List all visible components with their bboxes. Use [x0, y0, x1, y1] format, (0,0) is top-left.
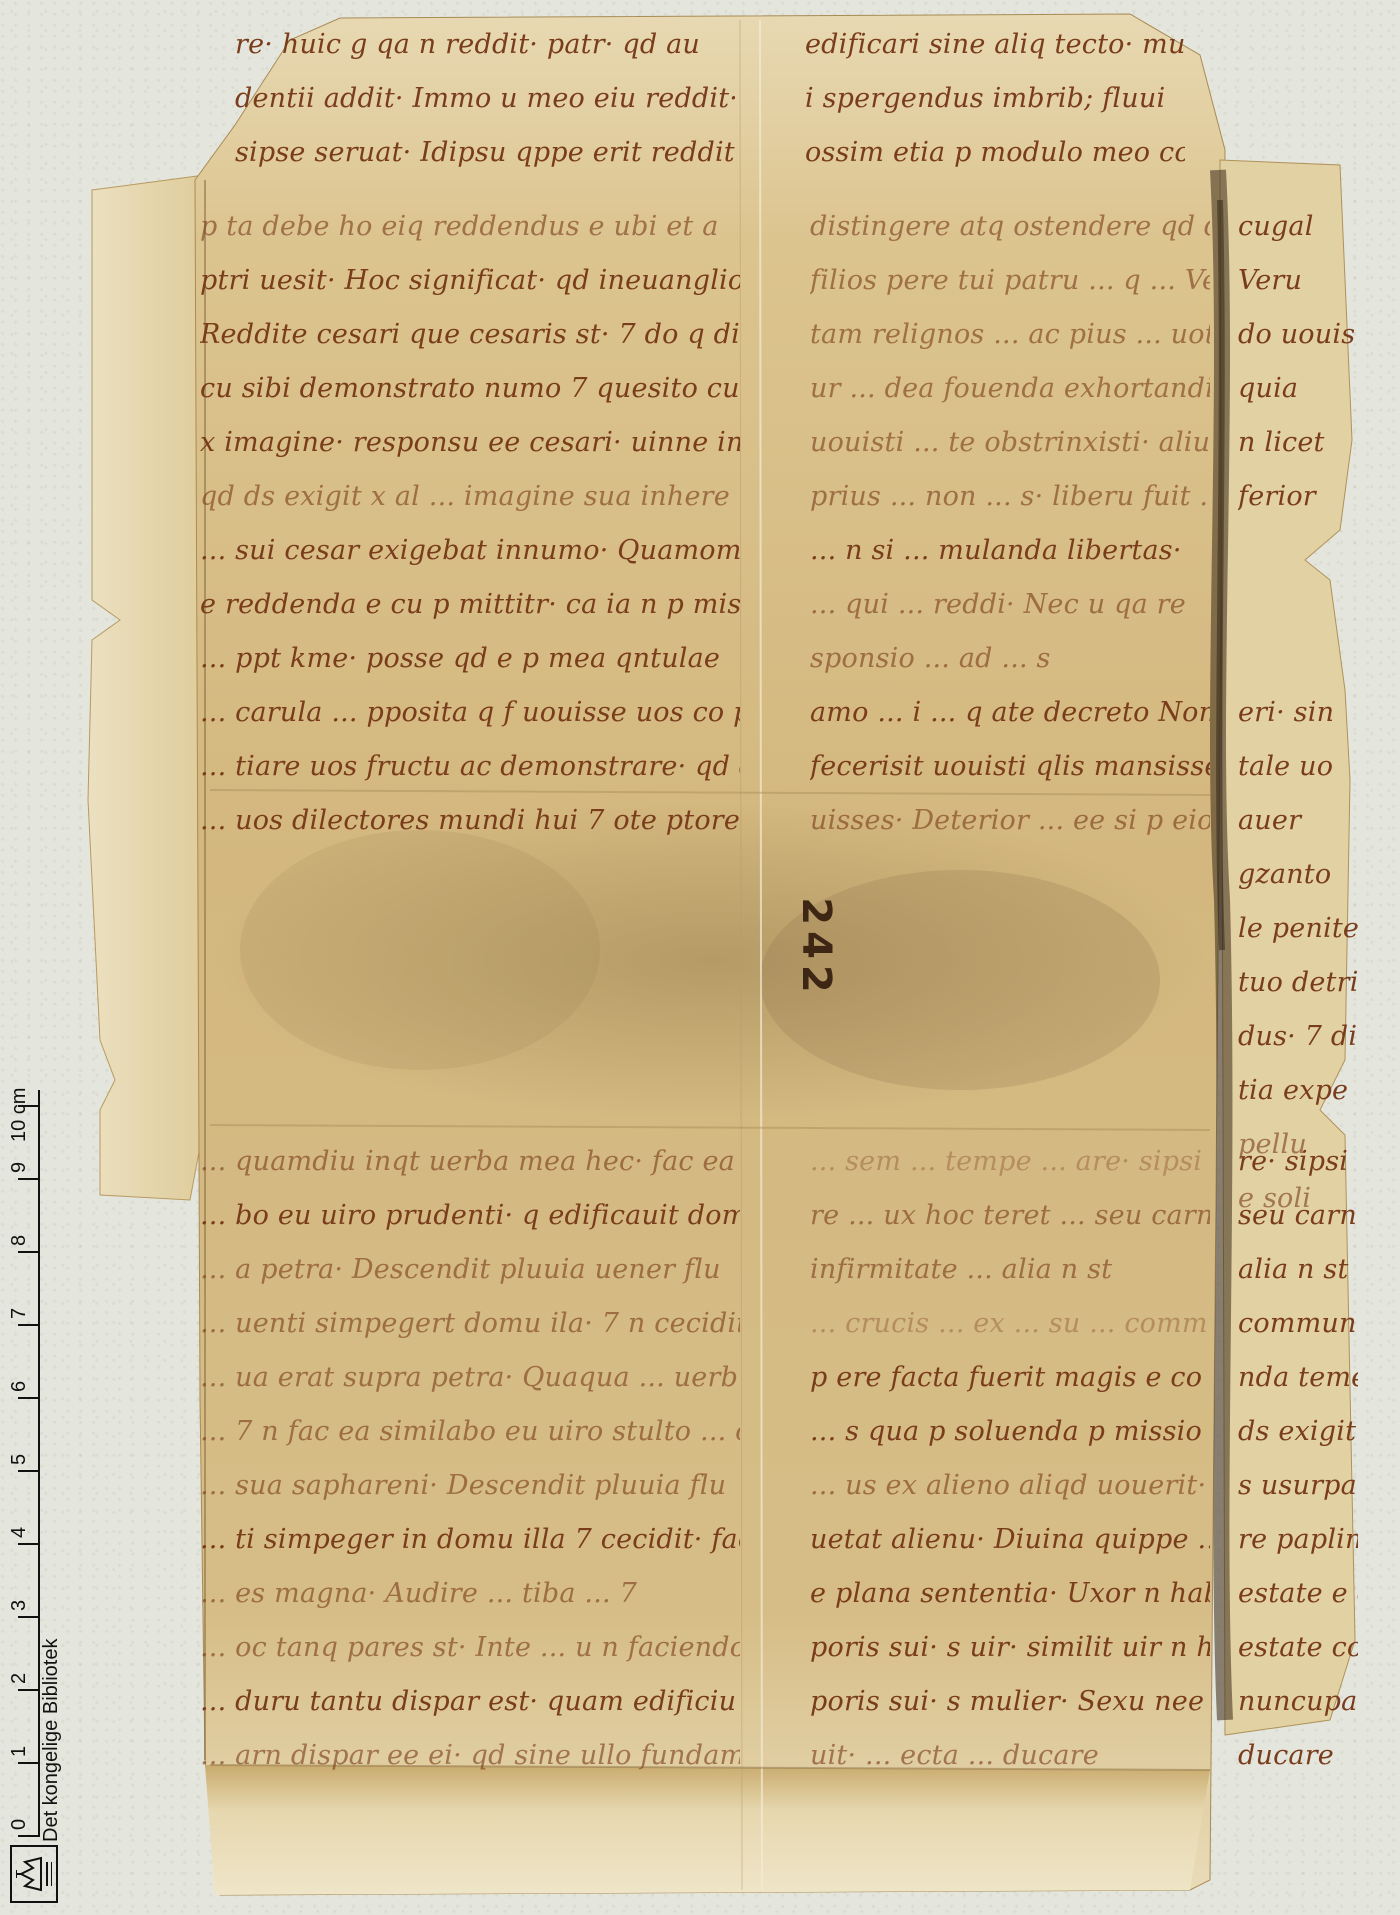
text-line: tia expe: [1238, 1064, 1358, 1118]
text-line: uetat alienu· Diuina quippe ... re papli…: [810, 1513, 1210, 1567]
text-line: s usurpare: [1238, 1459, 1358, 1513]
crown-icon: [16, 1851, 52, 1897]
ruler-tick-label: 1: [8, 1717, 31, 1757]
left-column-lower-text: ... quamdiu inqt uerba mea hec· fac ea .…: [200, 1135, 740, 1783]
text-line: do uouis: [1238, 308, 1358, 362]
text-line: qd ds exigit x al ... imagine sua inhere: [200, 470, 740, 524]
right-flap-text: cugal Veru do uouis quia n licet ferior …: [1238, 200, 1358, 1226]
text-line: communi· st: [1238, 1297, 1358, 1351]
institution-label: Det kongelige Bibliotek: [40, 1639, 63, 1842]
text-line: ... sui cesar exigebat innumo· Quamoma: [200, 524, 740, 578]
text-line: filios pere tui patru ... q ... Veru: [810, 254, 1210, 308]
text-line: ... uenti simpegert domu ila· 7 n cecidi…: [200, 1297, 740, 1351]
text-line: gzanto: [1238, 848, 1358, 902]
text-line: poris sui· s uir· similit uir n habet ..…: [810, 1621, 1210, 1675]
text-line: distingere atq ostendere qd diss ... con…: [810, 200, 1210, 254]
ruler-tick: [18, 1105, 40, 1107]
text-line: ... sem ... tempe ... are· sipsi: [810, 1135, 1210, 1189]
text-line: sponsio ... ad ... s: [810, 632, 1210, 686]
text-line: ducare: [1238, 1729, 1358, 1783]
ruler-tick-label: 5: [8, 1425, 31, 1465]
text-line: ferior: [1238, 470, 1358, 524]
top-left-text: re· huic g qa n reddit· patr· qd au dent…: [235, 18, 735, 180]
text-line: [1238, 524, 1358, 578]
ruler-tick-label: 2: [8, 1644, 31, 1684]
photo-scene: re· huic g qa n reddit· patr· qd au dent…: [0, 0, 1400, 1915]
text-line: e reddenda e cu p mittitr· ca ia n p mis…: [200, 578, 740, 632]
ruler-tick: [18, 1543, 40, 1545]
text-line: ... uos dilectores mundi hui 7 ote ptore…: [200, 794, 740, 848]
ruler-tick: [18, 1835, 40, 1837]
text-line: ... arn dispar ee ei· qd sine ullo funda…: [200, 1729, 740, 1783]
ruler-tick: [18, 1324, 40, 1326]
text-line: re paplin: [1238, 1513, 1358, 1567]
ruler-tick-label: 7: [8, 1279, 31, 1319]
text-line: le penite: [1238, 902, 1358, 956]
text-line: nda teme: [1238, 1351, 1358, 1405]
right-flap-lower-text: re· sipsi seu carni alia n st communi· s…: [1238, 1135, 1358, 1783]
text-line: tuo detri: [1238, 956, 1358, 1010]
ruler-tick: [18, 1178, 40, 1180]
ruler-tick: [18, 1397, 40, 1399]
ruler-tick: [18, 1251, 40, 1253]
ruler-tick: [18, 1689, 40, 1691]
text-line: ds exigit: [1238, 1405, 1358, 1459]
folio-number: 242: [793, 897, 839, 999]
text-line: infirmitate ... alia n st: [810, 1243, 1210, 1297]
text-line: alia n st: [1238, 1243, 1358, 1297]
text-line: edificari sine aliq tecto· muta: [805, 18, 1185, 72]
text-line: re ... ux hoc teret ... seu carni: [810, 1189, 1210, 1243]
text-line: p ta debe ho eiq reddendus e ubi et a: [200, 200, 740, 254]
text-line: cu sibi demonstrato numo 7 quesito cui h…: [200, 362, 740, 416]
text-line: seu carni: [1238, 1189, 1358, 1243]
text-line: i spergendus imbrib; fluui: [805, 72, 1185, 126]
text-line: amo ... i ... q ate decreto Non enim ...…: [810, 686, 1210, 740]
text-line: ... quamdiu inqt uerba mea hec· fac ea: [200, 1135, 740, 1189]
text-line: uit· ... ecta ... ducare: [810, 1729, 1210, 1783]
text-line: ... 7 n fac ea similabo eu uiro stulto .…: [200, 1405, 740, 1459]
right-column-text: distingere atq ostendere qd diss ... con…: [810, 200, 1210, 848]
text-line: tale uo: [1238, 740, 1358, 794]
text-line: ... sua saphareni· Descendit pluuia flu: [200, 1459, 740, 1513]
text-line: re· sipsi: [1238, 1135, 1358, 1189]
text-line: uouisti ... te obstrinxisti· aliud ... n…: [810, 416, 1210, 470]
text-line: Veru: [1238, 254, 1358, 308]
text-line: n licet: [1238, 416, 1358, 470]
top-right-text: edificari sine aliq tecto· muta i sperge…: [805, 18, 1185, 180]
text-line: ... us ex alieno aliqd uouerit· s usurpa…: [810, 1459, 1210, 1513]
text-line: sipse seruat· Idipsu qppe erit redditu· …: [235, 126, 735, 180]
text-line: ... carula ... pposita q f uouisse uos c…: [200, 686, 740, 740]
text-line: quia: [1238, 362, 1358, 416]
text-line: ossim etia p modulo meo coside· p/o: [805, 126, 1185, 180]
text-line: ... es magna· Audire ... tiba ... 7: [200, 1567, 740, 1621]
ruler-tick-label: 0: [8, 1790, 31, 1830]
text-line: estate e cor: [1238, 1567, 1358, 1621]
ruler-tick: [18, 1470, 40, 1472]
text-line: ... crucis ... ex ... su ... communi· st: [810, 1297, 1210, 1351]
text-line: Reddite cesari que cesaris st· 7 do q di…: [200, 308, 740, 362]
text-line: dus· 7 dic: [1238, 1010, 1358, 1064]
text-line: ur ... dea fouenda exhortandis ... quia: [810, 362, 1210, 416]
text-line: ... n si ... mulanda libertas·: [810, 524, 1210, 578]
text-line: ... oc tanq pares st· Inte ... u n facie…: [200, 1621, 740, 1675]
ruler-tick: [18, 1616, 40, 1618]
text-line: ... qui ... reddi· Nec u qa re: [810, 578, 1210, 632]
text-line: ptri uesit· Hoc significat· qd ineuangli…: [200, 254, 740, 308]
text-line: x imagine· responsu ee cesari· uinne int…: [200, 416, 740, 470]
text-line: estate cor: [1238, 1621, 1358, 1675]
text-line: ... duru tantu dispar est· quam edificiu…: [200, 1675, 740, 1729]
ruler-tick-label: 6: [8, 1352, 31, 1392]
text-line: e plana sententia· Uxor n habe ... estat…: [810, 1567, 1210, 1621]
text-line: cugal: [1238, 200, 1358, 254]
left-column-text: p ta debe ho eiq reddendus e ubi et a pt…: [200, 200, 740, 848]
ruler-tick: [18, 1762, 40, 1764]
text-line: ... s qua p soluenda p missio ... ds exi…: [810, 1405, 1210, 1459]
text-line: tam relignos ... ac pius ... uota ... do…: [810, 308, 1210, 362]
text-line: prius ... non ... s· liberu fuit ... inf…: [810, 470, 1210, 524]
text-line: ... ti simpeger in domu illa 7 cecidit· …: [200, 1513, 740, 1567]
text-line: re· huic g qa n reddit· patr· qd au: [235, 18, 735, 72]
text-line: [1238, 632, 1358, 686]
text-line: dentii addit· Immo u meo eiu reddit·: [235, 72, 735, 126]
ruler-tick-label: 3: [8, 1571, 31, 1611]
right-column-lower-text: ... sem ... tempe ... are· sipsi re ... …: [810, 1135, 1210, 1783]
text-line: uisses· Deterior ... ee si p eior· ... a…: [810, 794, 1210, 848]
text-line: poris sui· s mulier· Sexu nee corp ... n…: [810, 1675, 1210, 1729]
text-line: ... tiare uos fructu ac demonstrare· qd …: [200, 740, 740, 794]
ruler-tick-label: 8: [8, 1206, 31, 1246]
text-line: nuncupa: [1238, 1675, 1358, 1729]
text-line: ... ppt kme· posse qd e p mea qntulae: [200, 632, 740, 686]
text-line: ... ua erat supra petra· Quaqua ... uerb: [200, 1351, 740, 1405]
text-line: fecerisit uouisti qlis mansisses· ... ta…: [810, 740, 1210, 794]
ruler-tick-label: 4: [8, 1498, 31, 1538]
text-line: [1238, 578, 1358, 632]
text-line: p ere facta fuerit magis e co ... nda te…: [810, 1351, 1210, 1405]
text-line: ... bo eu uiro prudenti· q edificauit do…: [200, 1189, 740, 1243]
crown-logo-icon: [10, 1845, 58, 1903]
text-line: ... a petra· Descendit pluuia uener flu: [200, 1243, 740, 1297]
text-line: eri· sin: [1238, 686, 1358, 740]
text-line: auer: [1238, 794, 1358, 848]
ruler-tick-label: 9: [8, 1133, 31, 1173]
